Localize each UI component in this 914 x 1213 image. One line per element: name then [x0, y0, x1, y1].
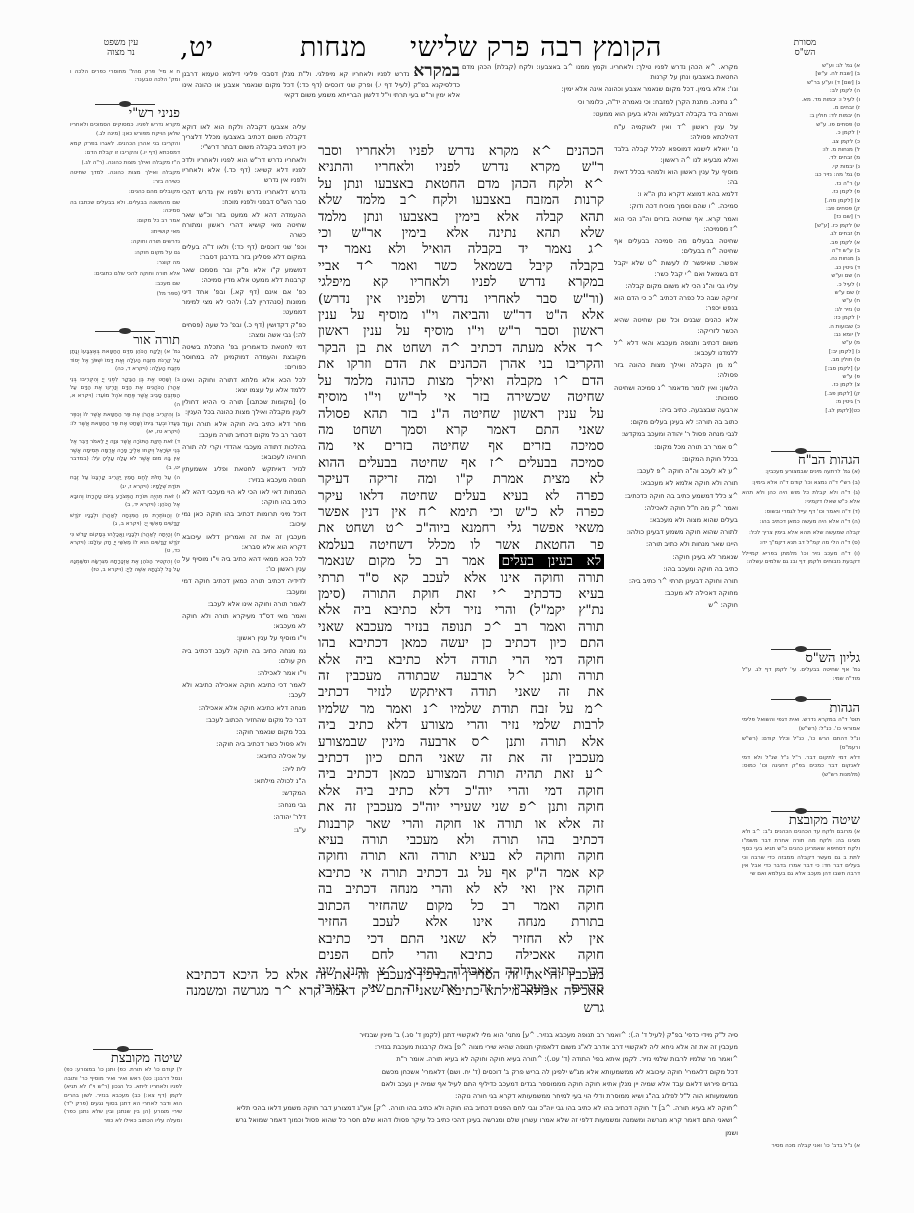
masoret-hashas-header: מסורת הש"ס	[775, 38, 835, 58]
masoret-entry: ס) גמ' מה: נזיר כג:	[742, 171, 860, 179]
masoret-entry: ו) לעיל כ.	[742, 281, 860, 289]
gemara-line: חוקה דמי והרי יוה"כ דלא כתיב ביה אלא	[318, 784, 604, 800]
tosafot-para: דמי לחטאת כדאמרינן בפ' התכלת בשיטה מקובצ…	[182, 342, 306, 373]
masoret-entry: ט) פסחים פו. ע"ש	[742, 121, 860, 129]
bach-entry: קבלה שמעשה שלא תהא אלא בימין צריך לכל:	[742, 529, 860, 537]
pnei-rashi-entry: גם על מקום חוקה:	[70, 249, 180, 257]
gemara-line: תהא קבלה אלא בימין באצבעו ונתן מלמד	[318, 210, 604, 226]
masoret-entry: ל) מנחות מ. לו:	[742, 146, 860, 154]
shita-mekubetzet-right-section: שיטה מקובצת א) מרובם ולקח עד הכהנים הכהנ…	[742, 802, 860, 1132]
tosafot-para: דלמא בהא דמוצא דקרא נתן ה"א ו:	[614, 189, 738, 199]
masoret-entry: ז) שם ע"ש	[742, 289, 860, 297]
shita-mekubetzet-left-section: שיטה מקובצת ל) קודם כו' לא תורת. כפ) ותנ…	[64, 1040, 182, 1180]
gemara-line: שחיטה שכשירה בזר אי לר"ש וי"ו מוסיף	[318, 390, 604, 406]
tosafot-para: ארבעה שבצבעה. כתיב ביה:	[614, 405, 738, 415]
tosafot-para: דמשמע ק"ו אלא מ"ק ובר מסמכו שאר קרבנות ד…	[182, 265, 306, 285]
gemara-line: דכתיב בהו תורה ולא מעכבי תורה בעיא	[318, 833, 604, 849]
page-number: יט,	[180, 30, 213, 66]
gemara-line: קרנות המזבח באצבעו ולקח ^ב מלמד שלא	[318, 193, 604, 209]
gemara-line: אלא ה"ט דר"ש והביאה וי"ו מוסיף על ענין	[318, 308, 604, 324]
gemara-line: את זה שאני תודה דאיתקש לנזיר דכתיב	[318, 685, 604, 701]
torah-or-verse: גמ' א) וְלָקַח הַכֹּהֵן מִדַּם הַחַטָּאת…	[70, 348, 180, 373]
masoret-label: מסורת	[775, 38, 835, 48]
masoret-entry: ש) לקמן כז. [ע"ש]	[742, 222, 860, 230]
tosafot-para: ואמר ^ק מה ח"ל חוקה לאכילה:	[614, 503, 738, 513]
pnei-rashi-section: פניני רש"י מקרא נדרש לפניו. כמסוקים הסמו…	[70, 95, 180, 320]
gemara-line: חוקה ותנן ^פ שני שעירי יוה"כ מעכבין זה א…	[318, 800, 604, 816]
tosafot-para: סמיכה. ^ו שהם וסמך מוכיח דכה ודוק:	[614, 201, 738, 211]
hagahot-entry: דלא דמי לתקום דבר. ר"ל נ"ל שנ"ל ולא דמי …	[742, 754, 860, 779]
torah-or-verse: ב) וְשָׁחַט אֶת בֶּן הַבָּקָר לִפְנֵי יְ…	[70, 376, 180, 410]
masoret-entry: נ) יבמות קי.	[742, 163, 860, 171]
chapter-name: הקומץ רבה	[540, 30, 662, 66]
bottom-line: מעכבין זה את זה אלא ניחא ליה לאקשויי דרב…	[186, 1042, 738, 1052]
masoret-entry: ט) נזיר לג:	[742, 306, 860, 314]
tosafot-para: מחוקה דאכילה לא מעכב:	[614, 588, 738, 598]
tosafot-para: לגבי מנחה פסול ר' יהודה ומעכב במקדש:	[614, 429, 738, 439]
masoret-entry: ר) [שם כז]	[742, 213, 860, 221]
masoret-entry: ע) ר"ה כז.	[742, 180, 860, 188]
ornamental-divider-icon	[771, 645, 831, 653]
hagahot-entry: תוס' ד"ה במקרא נדרש. ואית דגפי והשואל פל…	[742, 716, 860, 733]
masoret-entry: מ) ע"ש	[742, 339, 860, 347]
tosafot-para: ^ע לא לעכב וה"ה חוקה ^פ לעכב:	[614, 466, 738, 476]
tosafot-para: זריקה שבה כל כפרה דכתיב ^כ כי הדם הוא בנ…	[614, 293, 738, 313]
bach-entry: (ג) ד"ה ולא קבלת כל מוש היה כהן ולא תהא …	[742, 489, 860, 506]
masoret-entry: ז) זבחים מ.	[742, 104, 860, 112]
masoret-entry: צ) [לקמן מה.]	[742, 197, 860, 205]
masoret-entry: פ) לקמן כז.	[742, 188, 860, 196]
gemara-line: אין לא החזיר לא שאני התם דכי כתיבא	[318, 932, 604, 948]
tosafot-para: לכל הכא אלא מלתא דתורה וחוקה ואינו ללמד …	[182, 375, 306, 395]
tosafot-para: משום דכתיב ותנופה מעכבא והאי דלא ^ל ללמד…	[614, 338, 738, 358]
tosafot-para: ואמרה ביד בקבלה דבעלמא והלא בעינן הוא ממ…	[462, 109, 738, 119]
tosafot-para: כפ' אם אינם (דף קא.) ובפ' אחד דיני ממונו…	[182, 287, 306, 318]
gilyon-hashas-title: גליון הש"ס	[742, 655, 860, 663]
gemara-line: מעכבין זה את זה הסדרין והבזיכין מעכבין ז…	[186, 968, 604, 984]
gemara-line: משאי אפשר גלי רחמנא ביוה"כ ^ט ושחט את	[318, 521, 604, 537]
tosafot-para: לתורה שהוא חוקה משמע דבעינן כולהו:	[614, 527, 738, 537]
tosafot-para: שנאמר לא בעינן חוקה:	[614, 552, 738, 562]
gemara-line: סמיכה בבעלים ^ז אף שחיטה בבעלים ההוא	[318, 456, 604, 472]
bottom-line: דכל מקום דלאמרי' חוקה עיכובא לא ממשמעותא…	[186, 1067, 738, 1077]
tosafot-para: חוקה: ^ש	[614, 600, 738, 610]
masoret-hashas-column: א) גמ' לג: וע"ש ב) [שבת לה. ע"ש] ג) [שם]…	[742, 62, 860, 442]
masoret-entry: ה) לקמן לב:	[742, 87, 860, 95]
gemara-fragment: אמר רב כל מקום שנאמר	[318, 554, 485, 569]
tosafot-column: במקרא נדרש לפניו ולאחריו קא מיפלגי. ול"ת…	[182, 62, 460, 122]
gemara-line: סמיכה בזרים אף שחיטה בזרים אי מה	[318, 439, 604, 455]
tosafot-para: וגו': אלא בימין. דכל מקום שנאמר אצבע וכה…	[462, 84, 738, 94]
masoret-entry: ע) [לקמן סב:]	[742, 365, 860, 373]
masoret-entry: כ) שבועות ה.	[742, 323, 860, 331]
shita-mekubetzet-left-text: ל) קודם כו' לא תורת. כפ) ותנן כו' במצורע…	[64, 1066, 182, 1125]
bottom-line: ^ושאני התם דאמר קרא מגרשה ומשמנה ומשמעות…	[186, 1115, 738, 1125]
ornamental-divider-icon	[95, 327, 155, 335]
gemara-line: חוקה אאכילה כתיבא והרי לחם הפנים	[318, 948, 604, 964]
tosafot-para: נו' יואלא לישנא דמוספא לכלל קבלה בלבד וא…	[614, 144, 738, 164]
gemara-line: ר"ש מקרא נדרש לפניו ולאחריו והתניא	[318, 160, 604, 176]
tosafot-para: ההעמדה דהא לא ממעט בזר וכ"ש שאר שחיטה מא…	[182, 210, 306, 241]
bach-entry: (ה) ד"ה אלא היה מעשה כמאן דכתיב בהו:	[742, 518, 860, 526]
gemara-line: שאני התם דאמר קרא וסמך ושחט מה	[318, 423, 604, 439]
bach-entry: (ס) ד"ה הלי מה קמ"ל דב תנא דקמ"ך ידו:	[742, 539, 860, 547]
pnei-rashi-entry: מאי קושייתו:	[70, 228, 180, 236]
masoret-entry: א) לקמן פב.	[742, 239, 860, 247]
gemara-line: ראשון וסבר ר"ש וי"ו מוסיף על ענין ראשון	[318, 324, 604, 340]
tosafot-para: בכלל חוקת המקום:	[614, 454, 738, 464]
torah-or-verse: ו) זֹאת תִּהְיֶה תּוֹרַת הַמְּצֹרָע בְּי…	[70, 493, 180, 510]
ner-mitzvah-label: נר מצוה	[86, 48, 156, 58]
masoret-entry: כט)[לקמן לג.]	[742, 407, 860, 415]
masoret-entry: נ) [לקמן יב:]	[742, 348, 860, 356]
tosafot-para: כתיב בה חוקה ומעכב בהו:	[614, 564, 738, 574]
masoret-entry: ח) יבמות לד: חולין ב:	[742, 112, 860, 120]
gemara-line: לרבות שלמי נזיר והרי מצורע דלא כתיב ביה	[318, 718, 604, 734]
pnei-rashi-entry: אמר רב כל מקום:	[70, 217, 180, 225]
tosafot-para: עליה אצבעו דקבלה ולקח הוא לאו דוקא דקבלה…	[182, 122, 306, 153]
tosafot-para: גבי מנחה:	[182, 800, 306, 810]
tosafot-para: אפשר. שאיפשר לו לעשות ^ט שלא יקבל דם בשמ…	[614, 258, 738, 278]
gemara-line: ^מ על זבח תודת שלמיו ^נ ואמר מר שלמיו	[318, 702, 604, 718]
ein-mishpat-column: ח א מיי' פרק מהל' מחוסרי כפרים הלכה ו ומ…	[70, 68, 180, 98]
masoret-entry: ק) פסחים פב:	[742, 205, 860, 213]
gemara-line: בעיא כדכתיב ^י זאת חוקת התורה (סימן	[318, 587, 604, 603]
tosafot-para: המנחות דאי לאו הכי לא הוי מעכבי דהא לא כ…	[182, 487, 306, 507]
bottom-closing-word: ושמן	[186, 1128, 738, 1138]
gemara-line: התם כיון דכתיב כן יעשה כמאן דכתיבא בהו	[318, 636, 604, 652]
masoret-entry: ס) חולין מב.	[742, 356, 860, 364]
shita-mekubetzet-text: א) מרובם ולקח עד הכהנים הכהנים נ"ב: ^ב ו…	[742, 828, 860, 878]
masoret-entry: ל) יומא נב:	[742, 331, 860, 339]
torah-or-verse: ח) וְהָיְתָה לְאַהֲרֹן וּלְבָנָיו וַאֲכָ…	[70, 531, 180, 556]
pnei-rashi-entry: והקריבו בני אהרן הכהנים. לאגרו בפרק קמא …	[70, 140, 180, 157]
gemara-line: חוקה ואמר רב כל מקום שהחזיר הכתוב	[318, 899, 604, 915]
bottom-line: ^ואמר מר שלמיו לרבות שלמי נזיר. לקמן אית…	[186, 1054, 738, 1064]
masoret-entry: א) גמ' לג: וע"ש	[742, 62, 860, 70]
bach-entry: (ד) ד"ה ויאמר וכו' דף עייל לגמרי ובשוס:	[742, 508, 860, 516]
tosafot-para: היינו שאר מנחות ולא כתיב תורה:	[614, 539, 738, 549]
dibbur-hamatchil: במקרא	[413, 62, 460, 81]
torah-or-title: תורה אור	[70, 337, 180, 345]
bach-entry: (א) גמ' לרתעה מינים שבמצורע מעכבין:	[742, 468, 860, 476]
masoret-entry: ח) ע"ש	[742, 297, 860, 305]
gemara-wide-lines: מעכבין זה את זה הסדרין והבזיכין מעכבין ז…	[186, 968, 604, 1022]
chapter-number: פרק שלישי	[410, 30, 530, 66]
ein-mishpat-label: עין משפט	[86, 38, 156, 48]
gemara-line-highlighted: לא בעינן בעלים אמר רב כל מקום שנאמר	[318, 554, 604, 570]
rashi-column: מקרא. ^א הכהן נדרש לפניו טילך: ולאחריו. …	[462, 62, 738, 122]
hagahot-title: הגהות	[742, 705, 860, 713]
pnei-rashi-entry: מקרא נדרש לפניו. כמסוקים הסמוכים ולאחריו…	[70, 121, 180, 138]
gemara-line: אלא תורה ותנן ^ס ארבעה מינין שבמצורע	[318, 735, 604, 751]
tosafot-para: ^ג נתינה. מתנת הקרן למזבח: וכי נאמרה יד"…	[462, 97, 738, 107]
tosafot-para: לית ליה:	[182, 764, 306, 774]
tosafot-para: לנזיר דאיתקש לחטאת ופליג אשמעתין תנופה מ…	[182, 464, 306, 484]
ornamental-divider-icon	[771, 695, 831, 703]
tosafot-para: בהלכות דתודה מעכבי אהדדי וקרי לה תורה תר…	[182, 442, 306, 462]
bottom-line: סיה ל"ק מידי כדפי' בפ"ק (לעיל ד' ה.): ^ו…	[186, 1030, 738, 1040]
tosafot-para: לאמר דכי כתיבא חוקה אאכילה כתיבא ולא לעכ…	[182, 680, 306, 700]
pnei-rashi-entry: מקבלה ואילך מצות כהונה. למדך שחיטה כשירה…	[70, 169, 180, 186]
gemara-line: פר החטאת אשר לו מכלל דשחיטה בעלמא	[318, 538, 604, 554]
tosafot-para: מוסיף על ענין ראשון הוא ולמהוי בכלל דאית…	[614, 167, 738, 187]
text-selection-highlight[interactable]: לא בעינן בעלים	[499, 554, 604, 569]
gemara-line: כפרה לא בעיא בעלים שחיטה דלאו עיקר	[318, 489, 604, 505]
tosafot-para: בכל מקום שנאמר חוקה:	[182, 727, 306, 737]
tosafot-para: ה"נ לכולה מילתא:	[182, 776, 306, 786]
bottom-line: בגדים פירוש דלאם עבד אלא שמיה יין מנלן א…	[186, 1079, 738, 1089]
tosafot-para: מעכבין זה את זה ואמרינן דלאו עיכובא דקרא…	[182, 532, 306, 552]
torah-or-verse: ד) זֹאת חֻקַּת הַתּוֹרָה אֲשֶׁר צִוָּה י…	[70, 438, 180, 472]
tosafot-para: לכל הכא ממאי דהא כתיב ביה וי"ו מוסיף על …	[182, 554, 306, 574]
footer-note-text: א) נ"ל בדב' כו' ואני קבלה מכה מסיר	[742, 1142, 860, 1150]
gemara-line: חוקה דמי הרי תודה דלא כתיבא ביה אלא	[318, 653, 604, 669]
shita-mekubetzet-left-title: שיטה מקובצת	[64, 1055, 182, 1063]
gemara-line: שלא תהא נתינה אלא בימין אר"ש וכי	[318, 226, 604, 242]
gemara-line: ^ג נאמר יד בקבלה הואיל ולא נאמר יד	[318, 242, 604, 258]
gemara-line: קא אמר ה"ק אף על גב דכתיב תורה אי כתיבא	[318, 866, 604, 882]
tosafot-para: נמ מנחה כתיב בה חוקה לעכב דכתיב ביה חק ע…	[182, 646, 306, 666]
gemara-line: כפרה לא כ"ש וכי תימא ^ח אין דנין אפשר	[318, 505, 604, 521]
torah-or-verse: ט) וְהִקְטִיר הַכֹּהֵן אֶת אַזְכָּרָתָהּ…	[70, 558, 180, 575]
tosafot-para: לדידיה דכתיב תורה כמאן דכתיב חוקה דמי ומ…	[182, 576, 306, 596]
masoret-entry: י) לקמן כז:	[742, 314, 860, 322]
tosafot-para: תורה ולא חוקה אלמא לא מעכבא:	[614, 478, 738, 488]
masoret-entry: ו) לעיל ו: יבמות מד. מא.	[742, 96, 860, 104]
masoret-entry: ר) גיטין מ:	[742, 398, 860, 406]
bach-entry: (ב) רש"י ד"ה נמצא וכו' קודם ד"ה אלא בימי…	[742, 479, 860, 487]
tosafot-para: נדרש דלאחריו נדרש ולפניו אין נדרש דהכי ס…	[182, 187, 306, 207]
masoret-entry: צ) לקמן כז.	[742, 381, 860, 389]
tosafot-para: וי"ו מוסיף על ענין ראשון:	[182, 633, 306, 643]
gemara-text: הכהנים ^א מקרא נדרש לפניו ולאחריו וסבר ר…	[318, 144, 604, 1024]
masoret-entry: ג) מנחות נה.	[742, 255, 860, 263]
tosafot-para: ס) [מקומות שכתבו] תורה כי ההיא דחולין לע…	[182, 397, 306, 417]
torah-or-section: תורה אור גמ' א) וְלָקַח הַכֹּהֵן מִדַּם …	[70, 322, 180, 1042]
gemara-line: בקבלה קיבל בשמאל כשר ואמר ^ד אביי	[318, 259, 604, 275]
tosafot-para: דוכל מיני תרומות דכתיב בהו חוקה כאן נמי …	[182, 509, 306, 529]
tosafot-para: בעלים שהוא מצוה ולא מעכבא:	[614, 515, 738, 525]
tosafot-para: ואמר מאי דס"ד מעיקרא תורה ולא חוקה לא מע…	[182, 611, 306, 631]
gemara-line: מעכבין זה את זה שאני התם כיון דכתיב	[318, 751, 604, 767]
masoret-entry: ב) [שבת לה. ע"ש]	[742, 70, 860, 78]
tosafot-para: ע"ג:	[182, 825, 306, 835]
gemara-line: ^ע זאת תהיה תורת המצורע כמאן דכתיב ביה	[318, 767, 604, 783]
tosafot-para: על אכילה כתיבא:	[182, 751, 306, 761]
torah-or-verse: ה) עַל חַלֹּת לֶחֶם חָמֵץ יַקְרִיב קָרְב…	[70, 474, 180, 491]
pnei-rashi-entry: מה קוצר:	[70, 259, 180, 267]
ornamental-divider-icon	[771, 447, 831, 455]
tosafot-para: שחיטה בבעלים מה סמיכה בבעלים אף שחיטה ^ח…	[614, 236, 738, 256]
tosafot-para: דבר כל מקום שהחזיר הכתוב לעכב:	[182, 715, 306, 725]
gilyon-hashas-section: גליון הש"ס גמ' אף שחיטה בבעלים. עי' לקמן…	[742, 640, 860, 690]
hagahot-entry: ונ"ל דהתם הרש כו', כנ"ל וכלל קודם: (רש"ש…	[742, 735, 860, 752]
pnei-rashi-entry: אלא תורה וחוקה להכי שלם כתובים:	[70, 270, 180, 278]
gemara-line: אאכילה אכולא מילתא כתיבא שאני התם ^ק דאמ…	[186, 984, 604, 1000]
tosafot-para: ולאחריו נדרש דר"ש הוא לפניו ולאחריו ולדכ…	[182, 155, 306, 186]
pnei-rashi-entry: שם מהמשנה בבעלים. ולא בבעלים שכתבו בה סמ…	[70, 199, 180, 216]
hagahot-habach-title: הגהות הב"ח	[742, 457, 860, 465]
tosafot-para: ^צ כלל דמשמע כתיב בה חוקה כדכתיב:	[614, 491, 738, 501]
masoret-entry: ה) שם וע"ש	[742, 272, 860, 280]
tosafot-para: ^מ מן הקבלה ואילך מצות כהונה בזר פסולה:	[614, 360, 738, 380]
gemara-line: הכהנים ^א מקרא נדרש לפניו ולאחריו וסבר	[318, 144, 604, 160]
tosafot-para: ולא פסול כשר דכתיב ביה חוקה:	[182, 739, 306, 749]
gemara-line: חוקה אין ואי לא לא והרי מנחה דכתיב בה	[318, 882, 604, 898]
ornamental-divider-icon	[93, 1045, 153, 1053]
pnei-rashi-entry: שם מעכב:	[70, 280, 180, 288]
bottom-commentary: סיה ל"ק מידי כדפי' בפ"ק (לעיל ד' ה.): ^ו…	[186, 1030, 738, 1180]
masoret-entry: מ) זבחים לד.	[742, 154, 860, 162]
masoret-entry: ג) [שם] ד) וע"ע בר"ש	[742, 79, 860, 87]
tosafot-para: כפ"ק דקדושין (דף כ.) ובפ' כל שעה (פסחים …	[182, 320, 306, 340]
masoret-entry: י) לקמן כ.	[742, 129, 860, 137]
shita-mekubetzet-title: שיטה מקובצת	[742, 817, 860, 825]
rashi-column-lower: על ענין ראשון ^ד ואין לאוקמיה ע"ח דהילכת…	[614, 122, 738, 1022]
hagahot-habach-section: הגהות הב"ח (א) גמ' לרתעה מינים שבמצורע מ…	[742, 442, 860, 592]
ein-mishpat-entry: ח א מיי' פרק מהל' מחוסרי כפרים הלכה ו ומ…	[70, 68, 180, 85]
gemara-line: ^ד אלא מעתה דכתיב ^ה ושחט את בן הבקר	[318, 341, 604, 357]
pnei-rashi-entry: (ספר מל)	[70, 290, 180, 298]
tosafot-para: מנחה דלא כתיבא חוקה אלא אאכילה:	[182, 703, 306, 713]
tosafot-para: המקדש:	[182, 788, 306, 798]
masoret-entry: ב) ע"ש ד"ה	[742, 247, 860, 255]
tosafot-column-lower: עליה אצבעו דקבלה ולקח הוא לאו דוקא דקבלה…	[182, 122, 306, 1022]
hagahot-section: הגהות תוס' ד"ה במקרא נדרש. ואית דגפי והש…	[742, 690, 860, 800]
gemara-line: תורה ואמר רב ^כ תנופה בנזיר מעכבא שאני	[318, 620, 604, 636]
gemara-line: חוקה וחוקה לא בעיא תורה והא תורה וחוקה	[318, 849, 604, 865]
footer-note: א) נ"ל בדב' כו' ואני קבלה מכה מסיר	[742, 1142, 860, 1172]
tosafot-para: אלא כהנים שבנים וכל שכן שחיטה שהיא הכשר …	[614, 315, 738, 335]
torah-or-verse: ג) וְהִקְרִיב אַהֲרֹן אֶת פַּר הַחַטָּאת…	[70, 411, 180, 436]
tosafot-para: על ענין ראשון ^ד ואין לאוקמיה ע"ח דהילכת…	[614, 122, 738, 142]
torah-or-verse: ז) וְהַנּוֹתֶרֶת מִן הַמִּנְחָה לְאַהֲרֹ…	[70, 512, 180, 529]
gemara-line: והקריבו בני אהרן הכהנים את הדם וזרקו את	[318, 357, 604, 373]
tosafot-para: לאמר תורה וחוקה אינו אלא לעכב:	[182, 599, 306, 609]
hashas-label: הש"ס	[775, 48, 835, 58]
pnei-rashi-title: פניני רש"י	[70, 110, 180, 118]
pnei-rashi-entry: מקובלים מהם כהנים:	[70, 188, 180, 196]
tosafot-para: ואמר קרא. אף שחיטה בזרים וה"נ הכי הוא ^ז…	[614, 214, 738, 234]
masoret-entry: כ) לקמן צג.	[742, 138, 860, 146]
gilyon-entry: גמ' אף שחיטה בבעלים. עי' לקמן דף לג. ע"ל…	[742, 666, 860, 683]
masoret-entry: ק) [לקמן פב.]	[742, 390, 860, 398]
gemara-line: על ענין ראשון שחיטה ה"נ בזר תהא פסולה	[318, 407, 604, 423]
tosafot-para: דלר' יהודה:	[182, 812, 306, 822]
tosafot-para: וי"ו אמר לאכילה:	[182, 668, 306, 678]
gemara-line: ^א ולקח הכהן מדם החטאת באצבעו ונתן על	[318, 177, 604, 193]
masoret-entry: פ) ע"ש	[742, 373, 860, 381]
pnei-rashi-entry: ה"ז מקבלה ואילך מצות כהונה. (ר"ה לג.)	[70, 159, 180, 167]
gemara-line: נת"ץ יקמ"ל) והרי נזיר דלא כתיבא ביה אלא	[318, 603, 604, 619]
gemara-line: במקרא נדרש לפניו ולאחריו קא מיפלגי	[318, 275, 604, 291]
ornamental-divider-icon	[771, 807, 831, 815]
tosafot-para: עליו גבי וה"נ הכי לא משום מקום קבלה:	[614, 281, 738, 291]
ornamental-divider-icon	[95, 100, 155, 108]
tosafot-para: הלשון: ואין לומר מדאמר ^נ סמיכה ושחיטה ס…	[614, 383, 738, 403]
pnei-rashi-entry: נדרשים תורה וחוקה:	[70, 238, 180, 246]
masoret-entry: ד) גיטין כג.	[742, 264, 860, 272]
bach-entry: (ו) ד"ה מעכב נזיר וכו' מלמתן בפריא קמייל…	[742, 550, 860, 567]
tosafot-para: ^ס אמר רב תורה מכל מקום:	[614, 442, 738, 452]
bottom-line: ^חוקה לא בעיא תורה. ^ב] ד' חוקה דכתיב בה…	[186, 1103, 738, 1113]
tosafot-para: וכפ' שני דוכסים (דף כד:) ולאו ד"ה בעלים …	[182, 242, 306, 262]
tosafot-para: כתוב בה תורה: לא בעינן בעלים מקום:	[614, 417, 738, 427]
masoret-entry: ת) זבחים לג.	[742, 230, 860, 238]
gemara-line: (ור"ש סבר לאחריו נדרש ולפניו אין נדרש)	[318, 292, 604, 308]
tosafot-para: תורה וחוקה דבעינן תרתי ^ר כתיב ביה:	[614, 576, 738, 586]
tosafot-para: מחר דלא כתיב ביה חוקה אלא תורה ועוד דסבר…	[182, 419, 306, 439]
gemara-line: תורה ותנן ^ל ארבעה שבתודה מעכבין זה	[318, 669, 604, 685]
bottom-line: ממשמעותא הוה ל"ל לפלוג בה"ג ושיא ממוסרת …	[186, 1091, 738, 1101]
ein-mishpat-header: עין משפט נר מצוה	[86, 38, 156, 58]
gemara-line: זה אלא או תורה או חוקה והרי שאר קרבנות	[318, 817, 604, 833]
gemara-closing-word: גרש	[186, 1001, 604, 1017]
tosafot-para: מקרא. ^א הכהן נדרש לפניו טילך: ולאחריו. …	[462, 62, 738, 82]
gemara-line: בתורת מנחה אינו אלא לעכב החזיר	[318, 915, 604, 931]
gemara-line: תורה וחוקה אינו אלא לעכב קא ס"ד תרתי	[318, 571, 604, 587]
gemara-line: הדם ^ו מקבלה ואילך מצות כהונה מלמד על	[318, 374, 604, 390]
gemara-line: לא מצית אמרת ק"ו ומה זריקה דעיקר	[318, 472, 604, 488]
tractate-name: מנחות	[300, 30, 367, 66]
